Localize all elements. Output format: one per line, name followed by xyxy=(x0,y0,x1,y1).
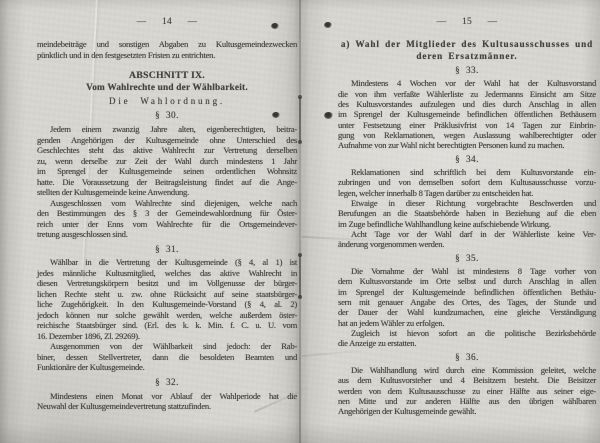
text-line: sern mit genauer Angabe des Ortes, des T… xyxy=(338,297,596,307)
text-line: Neuwahl der Kultusgemeindevertretung sta… xyxy=(37,401,297,412)
section-number: § 33. xyxy=(338,65,596,76)
text-line: im Sprengel der Kultusgemeinde befindlic… xyxy=(338,287,596,297)
binding-stitch xyxy=(299,97,301,142)
page-14-content: — 14 —meindebeiträge und sonstigen Abgab… xyxy=(37,17,297,412)
text-line: Acht Tage vor der Wahl darf in der Wähle… xyxy=(338,229,596,239)
text-line: § 33. xyxy=(338,65,596,76)
binding-hole xyxy=(324,112,333,119)
text-line: § 31. xyxy=(37,244,297,255)
text-line: liche Zugehörigkeit. In den Kultusgemein… xyxy=(37,299,297,310)
center-fold xyxy=(299,0,301,443)
paragraph: Acht Tage vor der Wahl darf in der Wähle… xyxy=(338,229,596,250)
text-line: den Bestimmungen des § 3 der Gemeindewah… xyxy=(37,208,297,219)
page-number: — 14 — xyxy=(37,17,297,27)
text-line: Berufungen an die Staatsbehörde haben in… xyxy=(338,208,596,218)
subsection-heading: a) Wahl der Mitglieder des Kultusausschu… xyxy=(338,39,596,62)
text-line: § 35. xyxy=(338,253,596,264)
text-line: genden Angehörigen der Kultusgemeinde oh… xyxy=(37,135,297,146)
text-line: unter Festsetzung einer Präklusivfrist v… xyxy=(338,120,596,130)
binding-stitch xyxy=(299,255,301,297)
text-line: Die Wahlhandlung wird durch eine Kommiss… xyxy=(338,365,596,375)
text-line: Die Wahlordnung. xyxy=(37,96,297,107)
text-line: Zugleich ist hievon sofort an die politi… xyxy=(338,328,596,338)
text-line: § 30. xyxy=(37,110,297,121)
text-line: legen, welcher innerhalb 8 Tagen darüber… xyxy=(338,188,596,198)
text-line: Aufnahme von zur Wahl nicht berechtigten… xyxy=(338,140,596,150)
text-line: hat an jedem Wähler zu erfolgen. xyxy=(338,318,596,328)
paragraph: Zugleich ist hievon sofort an die politi… xyxy=(338,328,596,349)
binding-hole xyxy=(324,22,332,28)
paragraph: Mindestens einen Monat vor Ablauf der Wa… xyxy=(37,391,297,412)
chapter-heading: ABSCHNITT IX. xyxy=(37,71,297,82)
paragraph: meindebeiträge und sonstigen Abgaben zu … xyxy=(37,39,297,60)
text-line: ABSCHNITT IX. xyxy=(37,71,297,82)
text-line: Die Vornahme der Wahl ist mindestens 8 T… xyxy=(338,266,596,276)
section-number: § 31. xyxy=(37,244,297,255)
paragraph: Die Vornahme der Wahl ist mindestens 8 T… xyxy=(338,266,596,328)
page-15-content: — 15 —a) Wahl der Mitglieder des Kultusa… xyxy=(338,17,596,417)
text-line: des Kultusvorstandes aufzulegen und dies… xyxy=(338,99,596,109)
text-line: im Sprengel der Kultusgemeinde befindlic… xyxy=(338,109,596,119)
paragraph: Mindestens 4 Wochen vor der Wahl hat der… xyxy=(338,78,596,150)
text-line: Mindestens 4 Wochen vor der Wahl hat der… xyxy=(338,78,596,88)
text-line: reich unter der Enns vom Wahlrechte für … xyxy=(37,219,297,230)
text-line: zu, wenn derselbe zur Zeit der Wahl durc… xyxy=(37,156,297,167)
text-line: Jedem einem zwanzig Jahre alten, eigenbe… xyxy=(37,124,297,135)
text-line: die von ihm verfaßte Wählerliste zu Jede… xyxy=(338,89,596,99)
text-line: tretung ausgeschlossen sind. xyxy=(37,229,297,240)
section-number: § 35. xyxy=(338,253,596,264)
text-line: änderung vorgenommen werden. xyxy=(338,239,596,249)
text-line: Mindestens einen Monat vor Ablauf der Wa… xyxy=(37,391,297,402)
paragraph: Wählbar in die Vertretung der Kultusgeme… xyxy=(37,257,297,341)
text-line: § 34. xyxy=(338,154,596,165)
section-number: § 30. xyxy=(37,110,297,121)
paragraph: Ausgenommen von der Wählbarkeit sind jed… xyxy=(37,341,297,373)
text-line: pünktlich und in den festgesetzten Frist… xyxy=(37,50,297,61)
text-line: nen Mitte und zur anderen Hälfte aus den… xyxy=(338,396,596,406)
text-line: jedes männliche Kultusmitglied, welches … xyxy=(37,268,297,279)
text-line: diesen Vertretungskörpern besitzt und im… xyxy=(37,278,297,289)
text-line: werden von dem Kultusausschusse zu einer… xyxy=(338,386,596,396)
text-line: im Sprengel der Kultusgemeinde seinen or… xyxy=(37,166,297,177)
page-number: — 15 — xyxy=(338,17,596,27)
paragraph: Reklamationen sind schriftlich bei dem K… xyxy=(338,167,596,198)
text-line: dem Kultusvorstande im Orte selbst und d… xyxy=(338,276,596,286)
subheading: Die Wahlordnung. xyxy=(37,96,297,107)
text-line: der Dauer der Wahl kundzumachen, eine gl… xyxy=(338,307,596,317)
text-line: stellten der Kultusgemeinde keine Anwend… xyxy=(37,187,297,198)
section-number: § 32. xyxy=(37,377,297,388)
text-line: hatte. Die Voraussetzung der Beitragslei… xyxy=(37,177,297,188)
section-number: § 36. xyxy=(338,352,596,363)
book-page-spread: — 14 —meindebeiträge und sonstigen Abgab… xyxy=(0,0,600,443)
text-line: a) Wahl der Mitglieder des Kultusausschu… xyxy=(338,39,596,51)
section-number: § 34. xyxy=(338,154,596,165)
text-line: gung von Reklamationen, wegen Auslassung… xyxy=(338,130,596,140)
text-line: meindebeiträge und sonstigen Abgaben zu … xyxy=(37,39,297,50)
text-line: jedoch können nur solche gewählt werden,… xyxy=(37,310,297,321)
text-line: biner, dessen Stellvertreter, dann die b… xyxy=(37,352,297,363)
text-line: Geschlechtes steht das aktive Wahlrecht … xyxy=(37,145,297,156)
paragraph: Die Wahlhandlung wird durch eine Kommiss… xyxy=(338,365,596,417)
text-line: Reklamationen sind schriftlich bei dem K… xyxy=(338,167,596,177)
text-line: § 32. xyxy=(37,377,297,388)
paragraph: Etwaige in dieser Richtung vorgebrachte … xyxy=(338,198,596,229)
text-line: zubringen und von demselben sofort dem K… xyxy=(338,177,596,187)
paragraph: Ausgeschlossen vom Wahlrechte sind dieje… xyxy=(37,198,297,240)
text-line: Funktionäre der Kultusgemeinde. xyxy=(37,362,297,373)
text-line: deren Ersatzmänner. xyxy=(338,51,596,63)
text-line: reichische Staatsbürger sind. (Erl. des … xyxy=(37,320,297,331)
text-line: 16. Dezember 1896, Zl. 29269). xyxy=(37,331,297,342)
text-line: Ausgeschlossen vom Wahlrechte sind dieje… xyxy=(37,198,297,209)
text-line: lichen Rechte steht u. zw. ohne Rücksich… xyxy=(37,289,297,300)
text-line: Vom Wahlrechte und der Wählbarkeit. xyxy=(37,83,297,94)
text-line: Ausgenommen von der Wählbarkeit sind jed… xyxy=(37,341,297,352)
text-line: Angehörigen der Kultusgemeinde gewählt. xyxy=(338,406,596,416)
text-line: Wählbar in die Vertretung der Kultusgeme… xyxy=(37,257,297,268)
text-line: § 36. xyxy=(338,352,596,363)
chapter-heading: Vom Wahlrechte und der Wählbarkeit. xyxy=(37,83,297,94)
text-line: Etwaige in dieser Richtung vorgebrachte … xyxy=(338,198,596,208)
text-line: aus dem Kultusvorsteher und 4 Beisitzern… xyxy=(338,375,596,385)
text-line: im Zuge befindliche Wahlhandlung keine a… xyxy=(338,219,596,229)
text-line: die Anzeige zu erstatten. xyxy=(338,338,596,348)
paragraph: Jedem einem zwanzig Jahre alten, eigenbe… xyxy=(37,124,297,198)
